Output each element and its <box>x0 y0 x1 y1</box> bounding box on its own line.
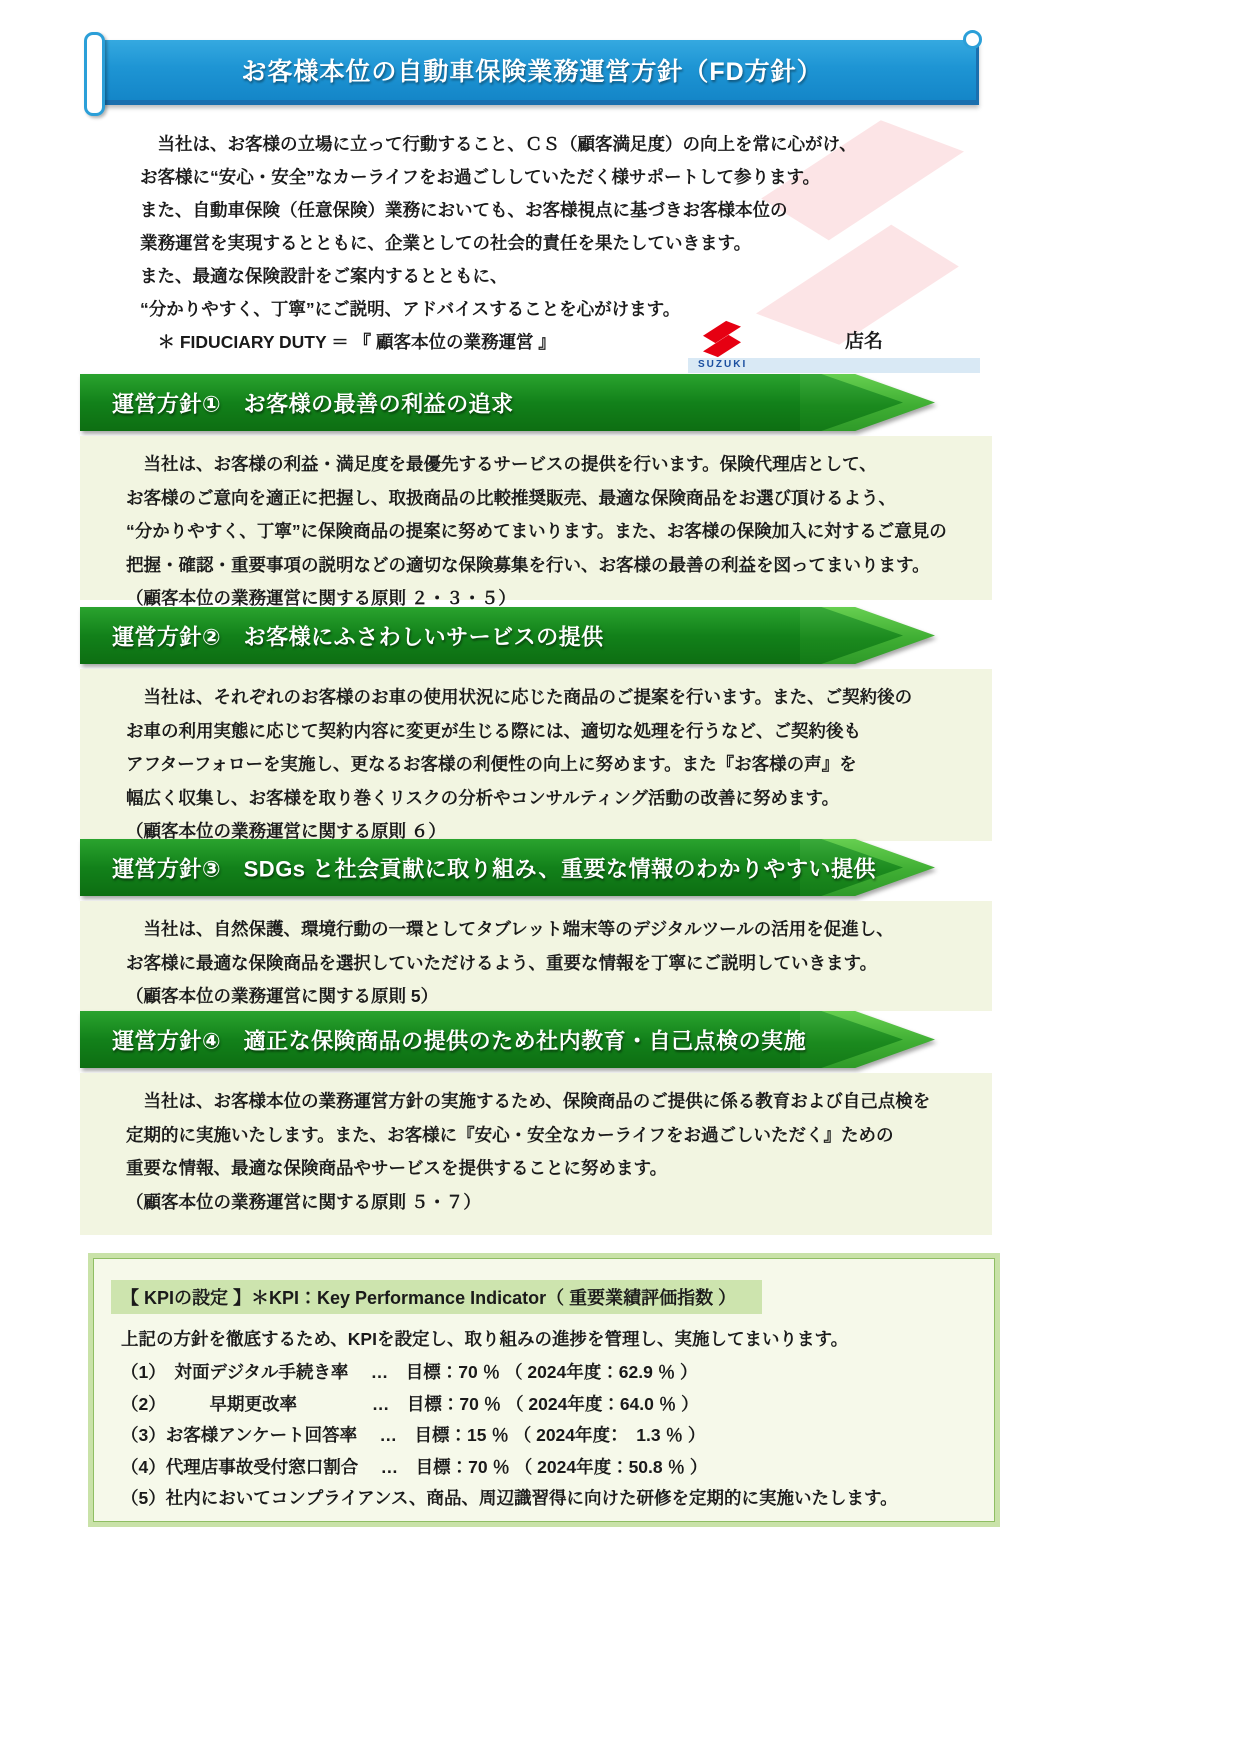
kpi-intro: 上記の方針を徹底するため、KPIを設定し、取り組みの進捗を管理し、実施してまいり… <box>111 1326 975 1351</box>
title-banner: お客様本位の自動車保険業務運営方針（FD方針） <box>88 40 979 105</box>
policy-banner: 運営方針② お客様にふさわしいサービスの提供 <box>80 607 935 664</box>
text-line: 当社は、自然保護、環境行動の一環としてタブレット端末等のデジタルツールの活用を促… <box>126 913 992 947</box>
text-line: お客様に最適な保険商品を選択していただけるよう、重要な情報を丁寧にご説明していき… <box>126 947 992 981</box>
text-line: 定期的に実施いたします。また、お客様に『安心・安全なカーライフをお過ごしいただく… <box>126 1119 992 1153</box>
kpi-items: （1） 対面デジタル手続き率 … 目標：70 ％ （ 2024年度：62.9 ％… <box>111 1357 975 1515</box>
policy-body: 当社は、自然保護、環境行動の一環としてタブレット端末等のデジタルツールの活用を促… <box>80 901 992 1011</box>
policy-heading: 運営方針① お客様の最善の利益の追求 <box>112 387 514 418</box>
policy-heading: 運営方針② お客様にふさわしいサービスの提供 <box>112 620 604 651</box>
text-line: お客様のご意向を適正に把握し、取扱商品の比較推奨販売、最適な保険商品をお選び頂け… <box>126 482 992 516</box>
policy-banner: 運営方針③ SDGs と社会貢献に取り組み、重要な情報のわかりやすい提供 <box>80 839 935 896</box>
text-line: また、最適な保険設計をご案内するとともに、 <box>140 260 990 293</box>
text-line: （3）お客様アンケート回答率 … 目標：15 ％ （ 2024年度： 1.3 ％… <box>121 1420 975 1452</box>
text-line: 把握・確認・重要事項の説明などの適切な保険募集を行い、お客様の最善の利益を図って… <box>126 549 992 583</box>
text-line: 業務運営を実現するとともに、企業としての社会的責任を果たしていきます。 <box>140 227 990 260</box>
policy-body: 当社は、それぞれのお客様のお車の使用状況に応じた商品のご提案を行います。また、ご… <box>80 669 992 841</box>
policy-heading: 運営方針③ SDGs と社会貢献に取り組み、重要な情報のわかりやすい提供 <box>112 852 876 883</box>
store-name-label: 店名 <box>845 326 883 353</box>
suzuki-logo: SUZUKI <box>688 318 980 374</box>
text-line: 重要な情報、最適な保険商品やサービスを提供することに努めます。 <box>126 1152 992 1186</box>
text-line: （1） 対面デジタル手続き率 … 目標：70 ％ （ 2024年度：62.9 ％… <box>121 1357 975 1389</box>
text-line: 当社は、お客様本位の業務運営方針の実施するため、保険商品のご提供に係る教育および… <box>126 1085 992 1119</box>
suzuki-wordmark: SUZUKI <box>698 359 747 370</box>
text-line: お車の利用実態に応じて契約内容に変更が生じる際には、適切な処理を行うなど、ご契約… <box>126 715 992 749</box>
policy-banner: 運営方針④ 適正な保険商品の提供のため社内教育・自己点検の実施 <box>80 1011 935 1068</box>
text-line: また、自動車保険（任意保険）業務においても、お客様視点に基づきお客様本位の <box>140 194 990 227</box>
policy-body: 当社は、お客様の利益・満足度を最優先するサービスの提供を行います。保険代理店とし… <box>80 436 992 600</box>
text-line: アフターフォローを実施し、更なるお客様の利便性の向上に努めます。また『お客様の声… <box>126 748 992 782</box>
text-line: 当社は、それぞれのお客様のお車の使用状況に応じた商品のご提案を行います。また、ご… <box>126 681 992 715</box>
ribbon-curl-small-icon <box>963 30 982 49</box>
policy-banner: 運営方針① お客様の最善の利益の追求 <box>80 374 935 431</box>
policy-body: 当社は、お客様本位の業務運営方針の実施するため、保険商品のご提供に係る教育および… <box>80 1073 992 1235</box>
suzuki-s-icon <box>696 320 748 358</box>
text-line: （顧客本位の業務運営に関する原則 5） <box>126 980 992 1014</box>
text-line: お客様に“安心・安全”なカーライフをお過ごししていただく様サポートして参ります。 <box>140 161 990 194</box>
kpi-heading: 【 KPIの設定 】＊KPI：Key Performance Indicator… <box>111 1280 762 1314</box>
policy-heading: 運営方針④ 適正な保険商品の提供のため社内教育・自己点検の実施 <box>112 1024 806 1055</box>
text-line: 当社は、お客様の利益・満足度を最優先するサービスの提供を行います。保険代理店とし… <box>126 448 992 482</box>
document-page: お客様本位の自動車保険業務運営方針（FD方針） 当社は、お客様の立場に立って行動… <box>0 0 1240 1754</box>
text-line: （4）代理店事故受付窓口割合 … 目標：70 ％ （ 2024年度：50.8 ％… <box>121 1452 975 1484</box>
text-line: （2） 早期更改率 … 目標：70 ％ （ 2024年度：64.0 ％ ） <box>121 1389 975 1421</box>
kpi-box: 【 KPIの設定 】＊KPI：Key Performance Indicator… <box>88 1253 1000 1527</box>
page-title: お客様本位の自動車保険業務運営方針（FD方針） <box>88 52 976 88</box>
text-line: （顧客本位の業務運営に関する原則 ５・７） <box>126 1186 992 1220</box>
text-line: 幅広く収集し、お客様を取り巻くリスクの分析やコンサルティング活動の改善に努めます… <box>126 782 992 816</box>
text-line: 当社は、お客様の立場に立って行動すること、ＣＳ（顧客満足度）の向上を常に心がけ、 <box>140 128 990 161</box>
text-line: “分かりやすく、丁寧”に保険商品の提案に努めてまいります。また、お客様の保険加入… <box>126 515 992 549</box>
text-line: （5）社内においてコンプライアンス、商品、周辺識習得に向けた研修を定期的に実施い… <box>121 1483 975 1515</box>
suzuki-band: SUZUKI <box>688 358 980 373</box>
